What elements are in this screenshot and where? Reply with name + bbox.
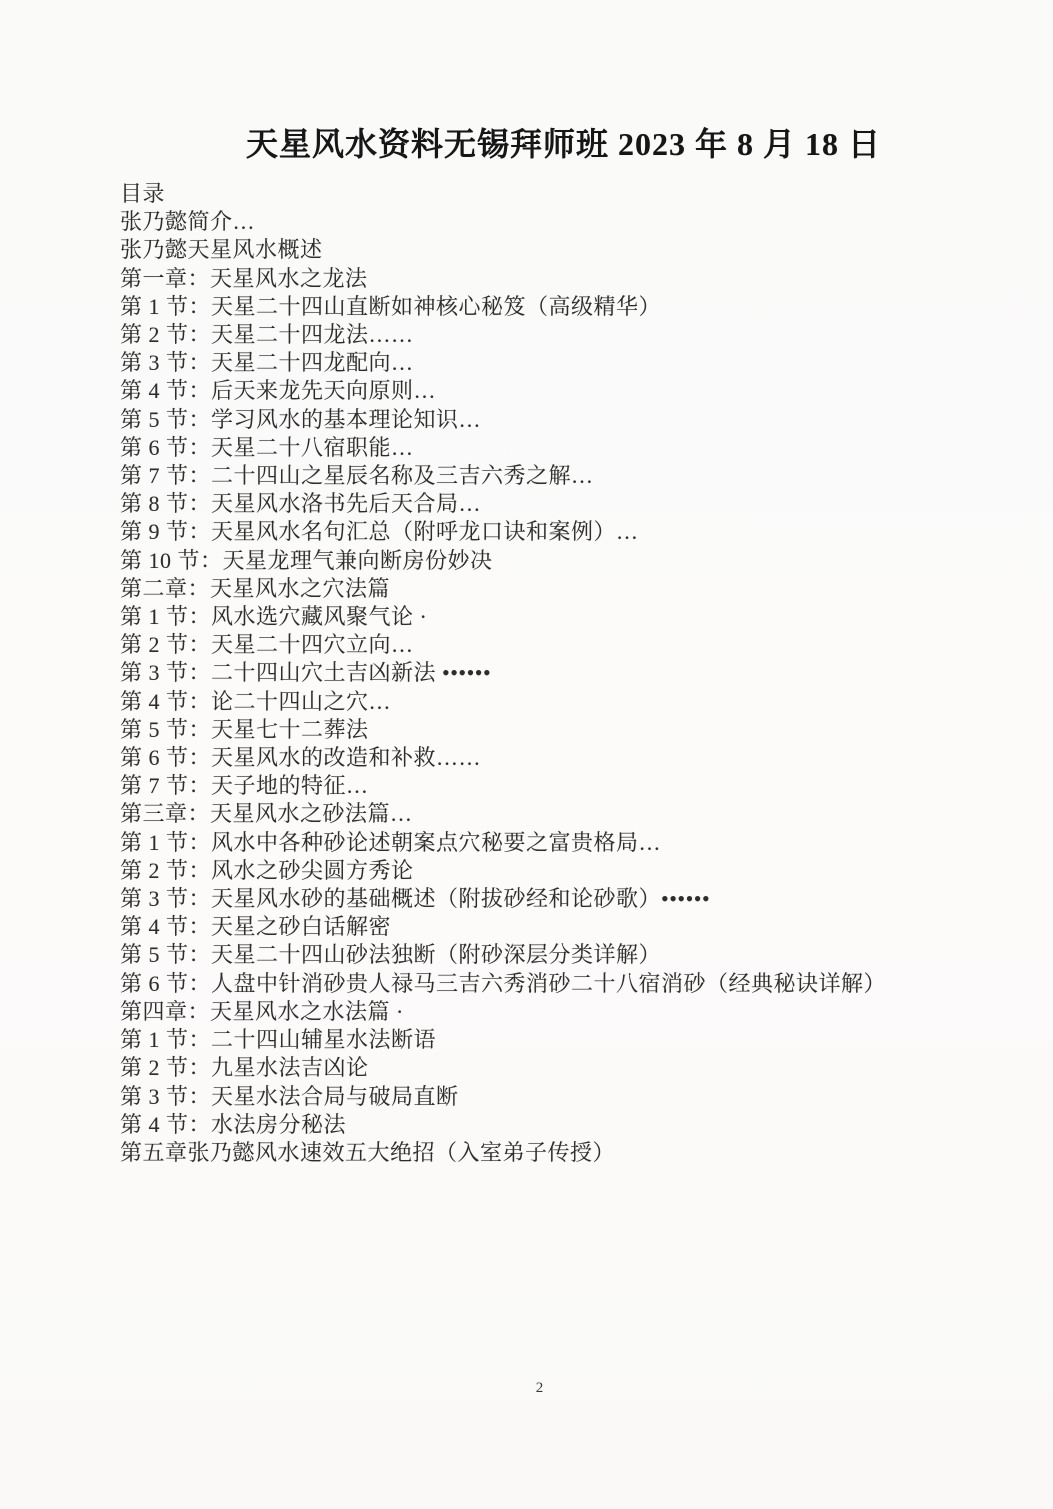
toc-line: 第 7 节：天子地的特征… <box>120 772 1013 800</box>
toc-line: 第 6 节：天星二十八宿职能… <box>120 434 1013 462</box>
toc-line: 第 6 节：人盘中针消砂贵人禄马三吉六秀消砂二十八宿消砂（经典秘诀详解） <box>120 970 1013 998</box>
toc-line-chapter1: 第一章：天星风水之龙法 <box>120 265 1013 293</box>
toc-line: 第 10 节：天星龙理气兼向断房份妙决 <box>120 547 1013 575</box>
toc-line: 第 5 节：学习风水的基本理论知识… <box>120 406 1013 434</box>
toc-line: 第 2 节：九星水法吉凶论 <box>120 1054 1013 1082</box>
toc-line: 第 1 节：风水中各种砂论述朝案点穴秘要之富贵格局… <box>120 829 1013 857</box>
toc-line: 第 7 节：二十四山之星辰名称及三吉六秀之解… <box>120 462 1013 490</box>
toc-line: 第 6 节：天星风水的改造和补救…… <box>120 744 1013 772</box>
toc-line: 第 3 节：天星水法合局与破局直断 <box>120 1083 1013 1111</box>
toc-line: 第 1 节：二十四山辅星水法断语 <box>120 1026 1013 1054</box>
toc-line: 第 4 节：后天来龙先天向原则… <box>120 377 1013 405</box>
page-number: 2 <box>0 1380 1053 1397</box>
toc-line-overview: 张乃懿天星风水概述 <box>120 236 1013 264</box>
toc-line-chapter4: 第四章：天星风水之水法篇 · <box>120 998 1013 1026</box>
toc-heading: 目录 <box>120 180 1013 208</box>
toc-line: 第 9 节：天星风水名句汇总（附呼龙口诀和案例）… <box>120 518 1013 546</box>
toc-line: 第 2 节：天星二十四龙法…… <box>120 321 1013 349</box>
toc-line: 第 5 节：天星二十四山砂法独断（附砂深层分类详解） <box>120 941 1013 969</box>
toc-line-intro: 张乃懿简介… <box>120 208 1013 236</box>
toc-line: 第 4 节：论二十四山之穴… <box>120 688 1013 716</box>
toc-line: 第 3 节：二十四山穴土吉凶新法 •••••• <box>120 659 1013 687</box>
toc-line: 第 2 节：天星二十四穴立向… <box>120 631 1013 659</box>
toc-line: 第 3 节：天星二十四龙配向… <box>120 349 1013 377</box>
toc-line: 第 5 节：天星七十二葬法 <box>120 716 1013 744</box>
toc-line: 第 1 节：风水选穴藏风聚气论 · <box>120 603 1013 631</box>
toc-line: 第 2 节：风水之砂尖圆方秀论 <box>120 857 1013 885</box>
page-title: 天星风水资料无锡拜师班 2023 年 8 月 18 日 <box>0 122 1053 166</box>
toc-line: 第 1 节：天星二十四山直断如神核心秘笈（高级精华） <box>120 293 1013 321</box>
toc-line: 第 4 节：天星之砂白话解密 <box>120 913 1013 941</box>
toc-line: 第 4 节：水法房分秘法 <box>120 1111 1013 1139</box>
toc-line: 第 3 节：天星风水砂的基础概述（附拔砂经和论砂歌）•••••• <box>120 885 1013 913</box>
table-of-contents: 目录 张乃懿简介… 张乃懿天星风水概述 第一章：天星风水之龙法 第 1 节：天星… <box>120 180 1013 1167</box>
toc-line-chapter2: 第二章：天星风水之穴法篇 <box>120 575 1013 603</box>
toc-line-chapter5: 第五章张乃懿风水速效五大绝招（入室弟子传授） <box>120 1139 1013 1167</box>
toc-line: 第 8 节：天星风水洛书先后天合局… <box>120 490 1013 518</box>
document-page: 天星风水资料无锡拜师班 2023 年 8 月 18 日 目录 张乃懿简介… 张乃… <box>0 0 1053 1509</box>
toc-line-chapter3: 第三章：天星风水之砂法篇… <box>120 800 1013 828</box>
